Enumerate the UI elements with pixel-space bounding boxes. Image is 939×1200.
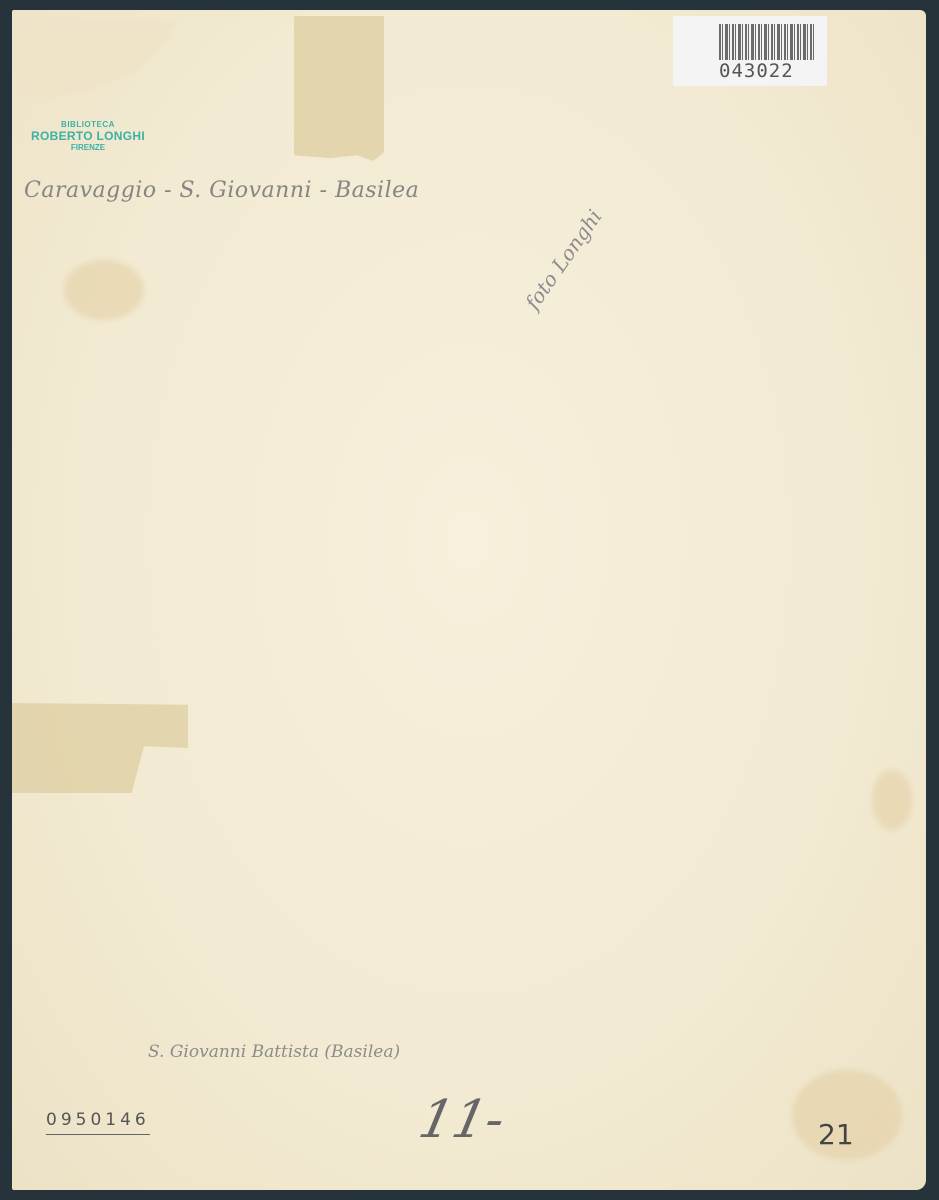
- stamp-line-2: ROBERTO LONGHI: [28, 129, 148, 143]
- price-mark: 11-: [414, 1090, 511, 1150]
- inventory-number: 0950146: [46, 1110, 150, 1135]
- barcode-number: 043022: [719, 60, 819, 82]
- photo-verso-paper: 043022 BIBLIOTECA ROBERTO LONGHI FIRENZE…: [12, 10, 926, 1190]
- page-number: 21: [818, 1118, 854, 1151]
- adhesive-tape-top: [294, 16, 384, 161]
- torn-paper-corner: [18, 18, 178, 98]
- stamp-line-3: FIRENZE: [28, 143, 148, 152]
- caption-bottom: S. Giovanni Battista (Basilea): [148, 1042, 400, 1062]
- barcode-label: 043022: [673, 16, 827, 86]
- stain: [872, 770, 912, 830]
- stamp-line-1: BIBLIOTECA: [28, 120, 148, 129]
- library-stamp: BIBLIOTECA ROBERTO LONGHI FIRENZE: [28, 120, 148, 152]
- stain: [64, 260, 144, 320]
- photo-credit: foto Longhi: [520, 205, 606, 314]
- barcode-icon: [719, 24, 815, 60]
- adhesive-tape-left: [12, 703, 188, 793]
- caption-top: Caravaggio - S. Giovanni - Basilea: [24, 178, 419, 203]
